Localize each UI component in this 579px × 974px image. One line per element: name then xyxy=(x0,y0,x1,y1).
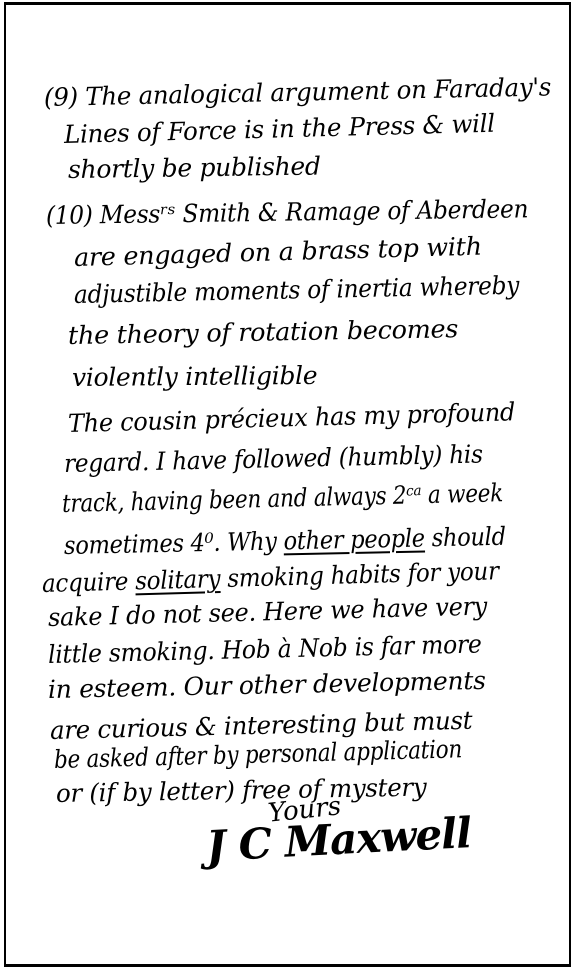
letter-line: acquire solitary smoking habits for your xyxy=(42,558,499,596)
letter-line: sometimes 4⁰. Why other people should xyxy=(64,524,506,558)
letter-page: (9) The analogical argument on Faraday's… xyxy=(4,2,571,967)
letter-line: are engaged on a brass top with xyxy=(74,234,482,270)
underlined-phrase: other people xyxy=(283,523,425,555)
letter-line: (9) The analogical argument on Faraday's xyxy=(44,74,552,110)
underlined-phrase: solitary xyxy=(135,564,221,595)
letter-line: sake I do not see. Here we have very xyxy=(48,594,488,630)
line-text: should xyxy=(424,522,506,553)
letter-line: the theory of rotation becomes xyxy=(68,316,458,348)
letter-line: regard. I have followed (humbly) his xyxy=(64,442,483,476)
letter-line: in esteem. Our other developments xyxy=(48,668,486,702)
line-text: smoking habits for your xyxy=(220,556,499,593)
letter-line: (10) Messʳˢ Smith & Ramage of Aberdeen xyxy=(46,196,529,228)
letter-line: shortly be published xyxy=(68,153,321,182)
letter-line: Lines of Force is in the Press & will xyxy=(64,111,495,147)
letter-line: violently intelligible xyxy=(72,363,318,390)
letter-line: track, having been and always 2ᶜᵃ a week xyxy=(62,480,504,516)
line-text: acquire xyxy=(42,566,136,598)
line-text: sometimes 4⁰. Why xyxy=(64,526,284,560)
letter-signature: J C Maxwell xyxy=(205,808,472,871)
letter-line: adjustible moments of inertia whereby xyxy=(74,273,520,307)
letter-line: little smoking. Hob à Nob is far more xyxy=(48,631,482,667)
letter-line: The cousin précieux has my profound xyxy=(68,399,516,436)
letter-line: or (if by letter) free of mystery xyxy=(56,775,427,806)
